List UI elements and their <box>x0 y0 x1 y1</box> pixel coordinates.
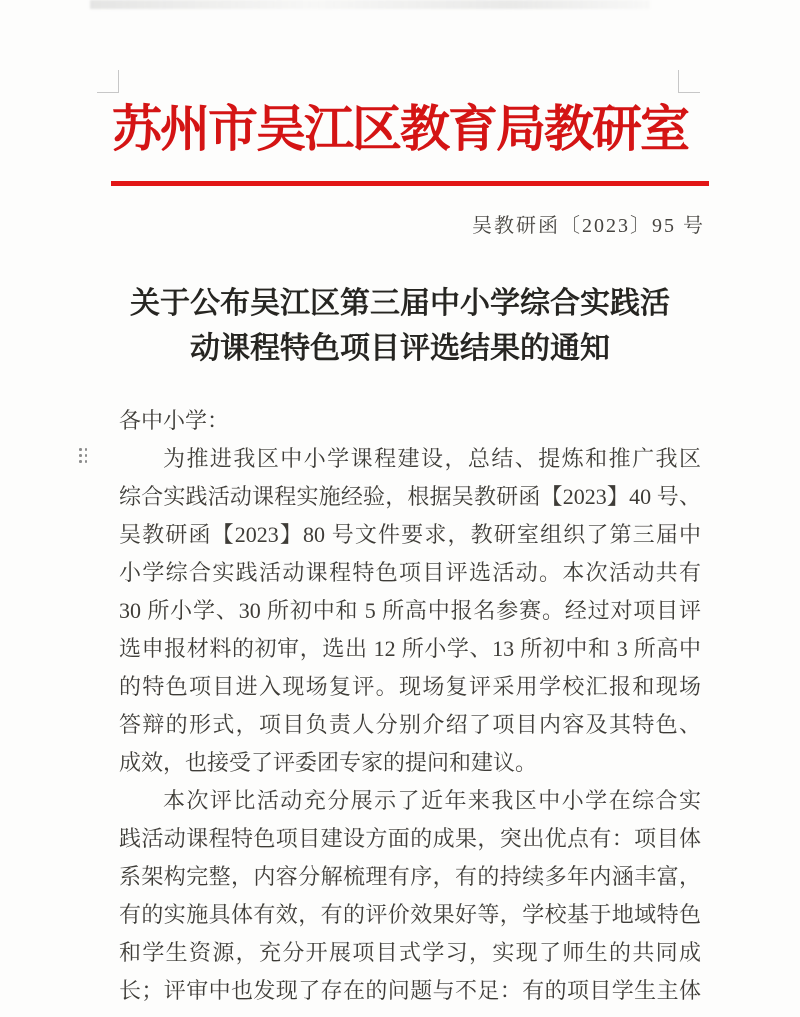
salutation: 各中小学： <box>119 402 701 440</box>
body-line: 为推进我区中小学课程建设，总结、提炼和推广我区 <box>119 440 701 478</box>
handle-dot <box>79 454 82 457</box>
document-title-line-2: 动课程特色项目评选结果的通知 <box>60 326 740 371</box>
body-line: 践活动课程特色项目建设方面的成果，突出优点有：项目体 <box>119 820 701 858</box>
handle-dot <box>85 448 88 451</box>
body-line: 选申报材料的初审，选出 12 所小学、13 所初中和 3 所高中 <box>119 630 701 668</box>
document-title-line-1: 关于公布吴江区第三届中小学综合实践活 <box>60 281 740 326</box>
handle-dot <box>79 460 82 463</box>
document-number: 吴教研函〔2023〕95 号 <box>300 210 705 242</box>
body-line: 吴教研函【2023】80 号文件要求，教研室组织了第三届中 <box>119 516 701 554</box>
margin-crop-mark-left <box>97 70 119 93</box>
body-line: 综合实践活动课程实施经验，根据吴教研函【2023】40 号、 <box>119 478 701 516</box>
body-line: 成效，也接受了评委团专家的提问和建议。 <box>119 744 701 782</box>
handle-dot <box>85 460 88 463</box>
body-line: 答辩的形式，项目负责人分别介绍了项目内容及其特色、 <box>119 706 701 744</box>
body-line: 本次评比活动充分展示了近年来我区中小学在综合实 <box>119 782 701 820</box>
handle-dot <box>79 448 82 451</box>
body-line: 系架构完整，内容分解梳理有序，有的持续多年内涵丰富， <box>119 858 701 896</box>
drag-handle-icon[interactable] <box>79 448 87 463</box>
letterhead-red-rule <box>111 181 709 186</box>
body-line: 的特色项目进入现场复评。现场复评采用学校汇报和现场 <box>119 668 701 706</box>
letterhead-org-name: 苏州市吴江区教育局教研室 <box>60 97 740 161</box>
body-line: 有的实施具体有效，有的评价效果好等，学校基于地域特色 <box>119 896 701 934</box>
document-page: 苏州市吴江区教育局教研室 吴教研函〔2023〕95 号 关于公布吴江区第三届中小… <box>0 0 800 1017</box>
document-title: 关于公布吴江区第三届中小学综合实践活 动课程特色项目评选结果的通知 <box>60 281 740 371</box>
body-line: 30 所小学、30 所初中和 5 所高中报名参赛。经过对项目评 <box>119 592 701 630</box>
body-line: 和学生资源，充分开展项目式学习，实现了师生的共同成 <box>119 934 701 972</box>
handle-dot <box>85 454 88 457</box>
margin-crop-mark-right <box>678 70 700 93</box>
body-line: 长；评审中也发现了存在的问题与不足：有的项目学生主体 <box>119 972 701 1010</box>
document-body: 各中小学： 为推进我区中小学课程建设，总结、提炼和推广我区 综合实践活动课程实施… <box>119 402 701 1010</box>
body-line: 小学综合实践活动课程特色项目评选活动。本次活动共有 <box>119 554 701 592</box>
scan-artifact <box>90 0 650 9</box>
